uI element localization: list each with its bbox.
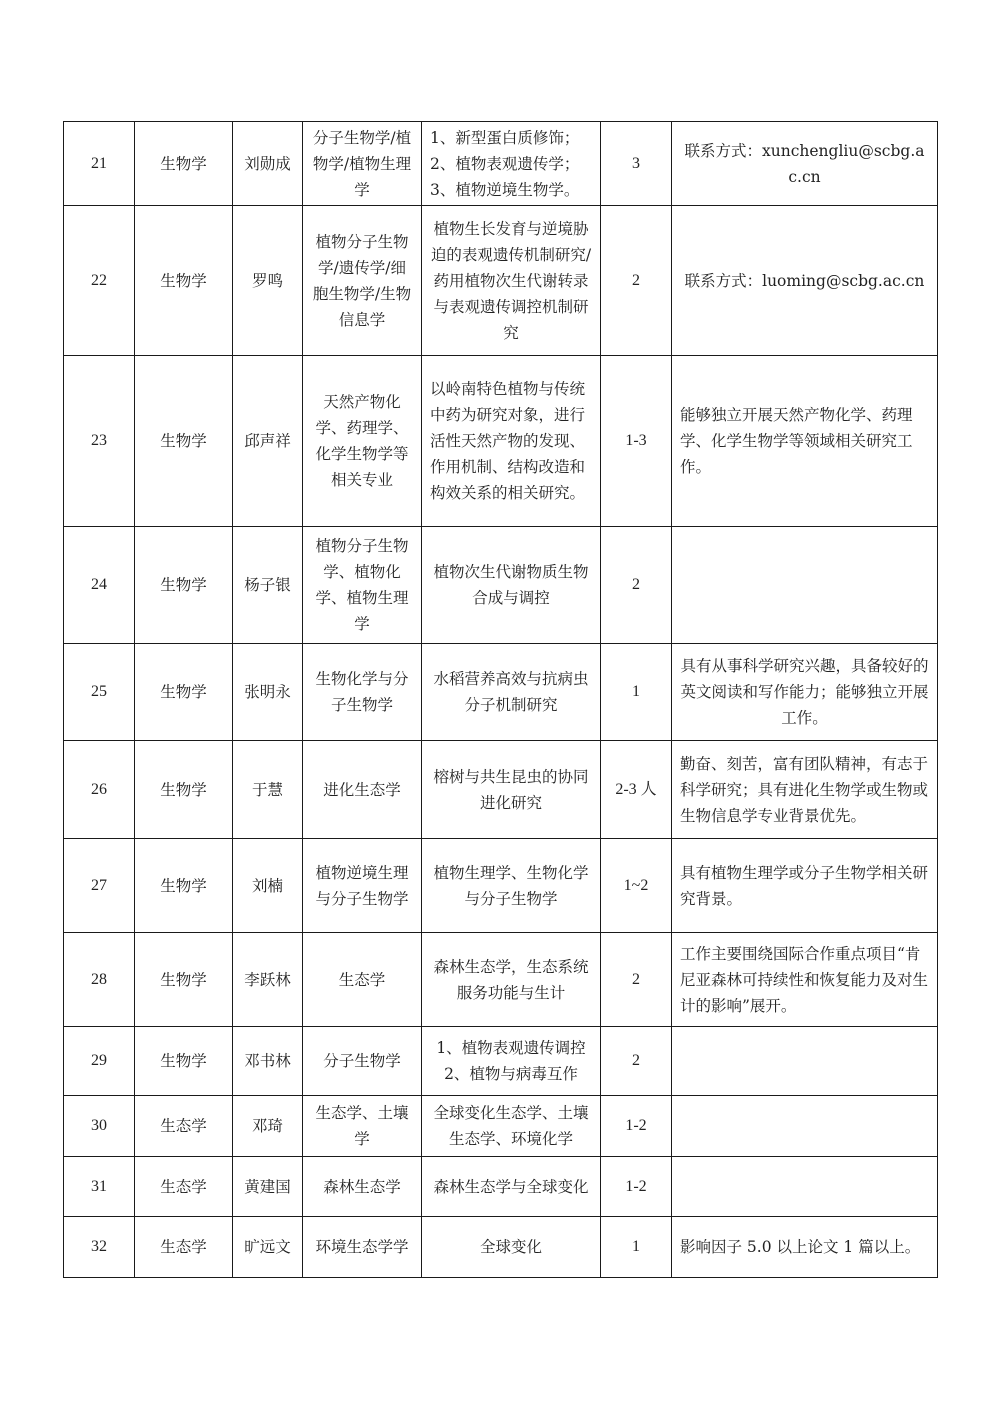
research-direction: 1、植物表观遗传调控 2、植物与病毒互作 bbox=[422, 1027, 601, 1096]
research-direction: 全球变化 bbox=[422, 1217, 601, 1278]
row-number: 30 bbox=[64, 1096, 135, 1157]
quota-count: 1-2 bbox=[601, 1157, 672, 1217]
supervisor-name: 邱声祥 bbox=[233, 356, 303, 527]
row-number: 22 bbox=[64, 206, 135, 356]
table-row: 26 生物学 于慧 进化生态学 榕树与共生昆虫的协同进化研究 2-3 人 勤奋、… bbox=[64, 741, 938, 839]
discipline-cell: 生态学 bbox=[135, 1157, 233, 1217]
major-cell: 分子生物学/植物学/植物生理学 bbox=[303, 122, 422, 206]
remarks-cell: 联系方式：xunchengliu@scbg.ac.cn bbox=[672, 122, 938, 206]
row-number: 28 bbox=[64, 933, 135, 1027]
research-direction: 植物生理学、生物化学与分子生物学 bbox=[422, 839, 601, 933]
supervisor-name: 罗鸣 bbox=[233, 206, 303, 356]
research-direction: 水稻营养高效与抗病虫分子机制研究 bbox=[422, 644, 601, 741]
major-cell: 森林生态学 bbox=[303, 1157, 422, 1217]
quota-count: 1-2 bbox=[601, 1096, 672, 1157]
discipline-cell: 生物学 bbox=[135, 644, 233, 741]
major-cell: 环境生态学学 bbox=[303, 1217, 422, 1278]
supervisor-name: 于慧 bbox=[233, 741, 303, 839]
remarks-cell: 能够独立开展天然产物化学、药理学、化学生物学等领域相关研究工作。 bbox=[672, 356, 938, 527]
quota-count: 2 bbox=[601, 206, 672, 356]
major-cell: 植物逆境生理与分子生物学 bbox=[303, 839, 422, 933]
supervisor-name: 李跃林 bbox=[233, 933, 303, 1027]
research-direction: 植物次生代谢物质生物合成与调控 bbox=[422, 527, 601, 644]
discipline-cell: 生物学 bbox=[135, 527, 233, 644]
quota-count: 2 bbox=[601, 527, 672, 644]
major-cell: 分子生物学 bbox=[303, 1027, 422, 1096]
discipline-cell: 生物学 bbox=[135, 1027, 233, 1096]
major-cell: 生态学、土壤学 bbox=[303, 1096, 422, 1157]
remarks-cell: 联系方式：luoming@scbg.ac.cn bbox=[672, 206, 938, 356]
discipline-cell: 生物学 bbox=[135, 356, 233, 527]
row-number: 27 bbox=[64, 839, 135, 933]
major-cell: 进化生态学 bbox=[303, 741, 422, 839]
remarks-cell: 勤奋、刻苦，富有团队精神，有志于科学研究；具有进化生物学或生物或生物信息学专业背… bbox=[680, 751, 929, 829]
table-row: 24 生物学 杨子银 植物分子生物学、植物化学、植物生理学 植物次生代谢物质生物… bbox=[64, 527, 938, 644]
research-direction: 榕树与共生昆虫的协同进化研究 bbox=[422, 741, 601, 839]
quota-count: 1 bbox=[601, 644, 672, 741]
table-row: 30 生态学 邓琦 生态学、土壤学 全球变化生态学、土壤生态学、环境化学 1-2 bbox=[64, 1096, 938, 1157]
row-number: 25 bbox=[64, 644, 135, 741]
recruitment-table: 21 生物学 刘勋成 分子生物学/植物学/植物生理学 1、新型蛋白质修饰；2、植… bbox=[63, 121, 938, 1278]
remarks-cell bbox=[672, 1027, 938, 1096]
remarks-container: 勤奋、刻苦，富有团队精神，有志于科学研究；具有进化生物学或生物或生物信息学专业背… bbox=[672, 741, 938, 839]
major-cell: 生物化学与分子生物学 bbox=[303, 644, 422, 741]
row-number: 23 bbox=[64, 356, 135, 527]
research-direction: 以岭南特色植物与传统中药为研究对象，进行活性天然产物的发现、作用机制、结构改造和… bbox=[422, 356, 601, 527]
supervisor-name: 邓琦 bbox=[233, 1096, 303, 1157]
remarks-cell: 影响因子 5.0 以上论文 1 篇以上。 bbox=[672, 1217, 938, 1278]
discipline-cell: 生态学 bbox=[135, 1217, 233, 1278]
quota-count: 2 bbox=[601, 1027, 672, 1096]
table-row: 32 生态学 旷远文 环境生态学学 全球变化 1 影响因子 5.0 以上论文 1… bbox=[64, 1217, 938, 1278]
discipline-cell: 生态学 bbox=[135, 1096, 233, 1157]
quota-count: 1 bbox=[601, 1217, 672, 1278]
research-direction: 森林生态学与全球变化 bbox=[422, 1157, 601, 1217]
supervisor-name: 旷远文 bbox=[233, 1217, 303, 1278]
remarks-cell bbox=[672, 527, 938, 644]
row-number: 29 bbox=[64, 1027, 135, 1096]
quota-count: 3 bbox=[601, 122, 672, 206]
table-row: 21 生物学 刘勋成 分子生物学/植物学/植物生理学 1、新型蛋白质修饰；2、植… bbox=[64, 122, 938, 206]
discipline-cell: 生物学 bbox=[135, 839, 233, 933]
major-cell: 生态学 bbox=[303, 933, 422, 1027]
row-number: 21 bbox=[64, 122, 135, 206]
research-direction: 1、新型蛋白质修饰；2、植物表观遗传学；3、植物逆境生物学。 bbox=[422, 122, 601, 206]
table-row: 22 生物学 罗鸣 植物分子生物学/遗传学/细胞生物学/生物信息学 植物生长发育… bbox=[64, 206, 938, 356]
major-cell: 天然产物化学、药理学、化学生物学等相关专业 bbox=[303, 356, 422, 527]
remarks-cell: 工作主要围绕国际合作重点项目“肯尼亚森林可持续性和恢复能力及对生计的影响”展开。 bbox=[672, 933, 938, 1027]
quota-count: 1-3 bbox=[601, 356, 672, 527]
table-row: 27 生物学 刘楠 植物逆境生理与分子生物学 植物生理学、生物化学与分子生物学 … bbox=[64, 839, 938, 933]
research-direction: 森林生态学，生态系统服务功能与生计 bbox=[422, 933, 601, 1027]
supervisor-name: 张明永 bbox=[233, 644, 303, 741]
discipline-cell: 生物学 bbox=[135, 206, 233, 356]
quota-count: 2 bbox=[601, 933, 672, 1027]
row-number: 24 bbox=[64, 527, 135, 644]
remarks-cell: 具有从事科学研究兴趣，具备较好的英文阅读和写作能力；能够独立开展工作。 bbox=[672, 644, 938, 741]
table-row: 28 生物学 李跃林 生态学 森林生态学，生态系统服务功能与生计 2 工作主要围… bbox=[64, 933, 938, 1027]
document-page: 21 生物学 刘勋成 分子生物学/植物学/植物生理学 1、新型蛋白质修饰；2、植… bbox=[0, 0, 1000, 1414]
supervisor-name: 黄建国 bbox=[233, 1157, 303, 1217]
table-row: 25 生物学 张明永 生物化学与分子生物学 水稻营养高效与抗病虫分子机制研究 1… bbox=[64, 644, 938, 741]
research-direction: 植物生长发育与逆境胁迫的表观遗传机制研究/药用植物次生代谢转录与表观遗传调控机制… bbox=[422, 206, 601, 356]
remarks-cell bbox=[672, 1096, 938, 1157]
quota-count: 2-3 人 bbox=[601, 741, 672, 839]
research-direction: 全球变化生态学、土壤生态学、环境化学 bbox=[422, 1096, 601, 1157]
supervisor-name: 杨子银 bbox=[233, 527, 303, 644]
supervisor-name: 刘楠 bbox=[233, 839, 303, 933]
discipline-cell: 生物学 bbox=[135, 933, 233, 1027]
supervisor-name: 刘勋成 bbox=[233, 122, 303, 206]
quota-count: 1~2 bbox=[601, 839, 672, 933]
major-cell: 植物分子生物学/遗传学/细胞生物学/生物信息学 bbox=[303, 206, 422, 356]
row-number: 26 bbox=[64, 741, 135, 839]
table-row: 23 生物学 邱声祥 天然产物化学、药理学、化学生物学等相关专业 以岭南特色植物… bbox=[64, 356, 938, 527]
row-number: 31 bbox=[64, 1157, 135, 1217]
major-cell: 植物分子生物学、植物化学、植物生理学 bbox=[303, 527, 422, 644]
table-row: 31 生态学 黄建国 森林生态学 森林生态学与全球变化 1-2 bbox=[64, 1157, 938, 1217]
remarks-cell bbox=[672, 1157, 938, 1217]
remarks-cell: 具有植物生理学或分子生物学相关研究背景。 bbox=[672, 839, 938, 933]
discipline-cell: 生物学 bbox=[135, 122, 233, 206]
discipline-cell: 生物学 bbox=[135, 741, 233, 839]
row-number: 32 bbox=[64, 1217, 135, 1278]
table-row: 29 生物学 邓书林 分子生物学 1、植物表观遗传调控 2、植物与病毒互作 2 bbox=[64, 1027, 938, 1096]
supervisor-name: 邓书林 bbox=[233, 1027, 303, 1096]
